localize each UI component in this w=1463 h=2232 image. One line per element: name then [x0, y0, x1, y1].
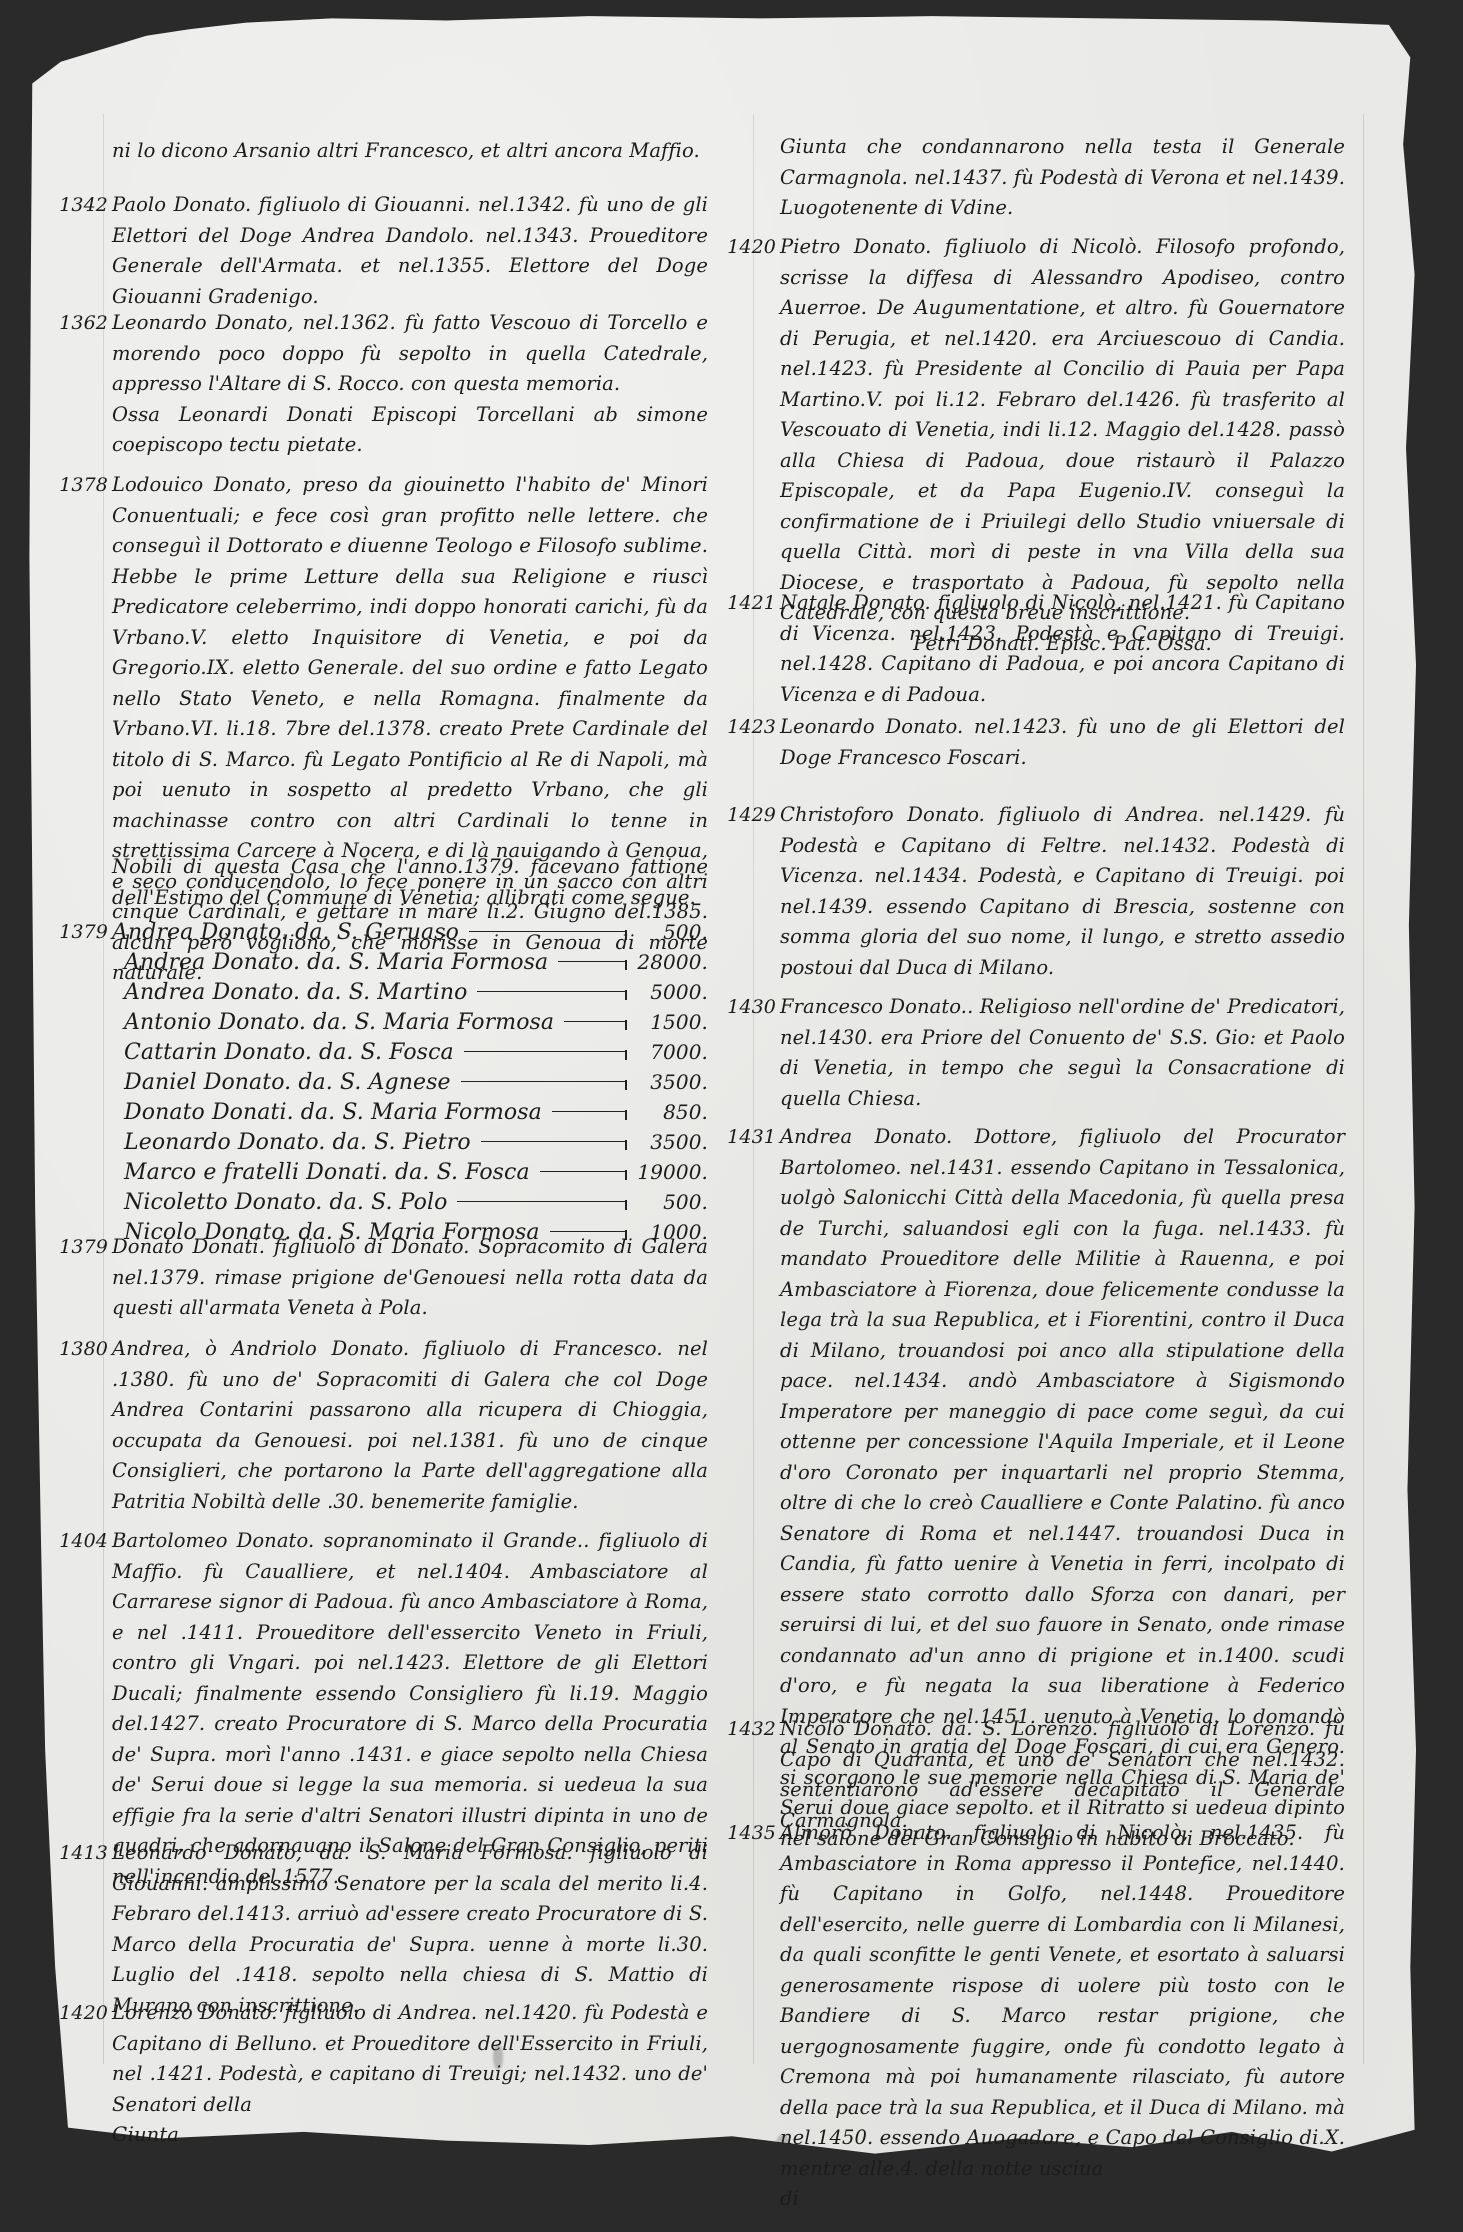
entry-text: Leonardo Donato, da. S. Maria Formosa. f… — [112, 1838, 708, 2021]
entry-year: 1379 — [48, 1232, 108, 1263]
continuation-text: ni lo dicono Arsanio altri Francesco, et… — [112, 136, 708, 167]
entry-text: Paolo Donato. figliuolo di Giouanni. nel… — [112, 190, 708, 312]
nobili-row: Antonio Donato. da. S. Maria Formosa1500… — [112, 1007, 708, 1037]
estimo-value: 1500. — [630, 1007, 708, 1038]
entry-1362: 1362 Leonardo Donato, nel.1362. fù fatto… — [112, 308, 708, 461]
leader-line — [481, 1141, 626, 1142]
nobili-row: Donato Donati. da. S. Maria Formosa850. — [112, 1097, 708, 1127]
inscription-text: Ossa Leonardi Donati Episcopi Torcellani… — [112, 400, 708, 461]
entry-1429: 1429 Christoforo Donato. figliuolo di An… — [780, 800, 1345, 983]
entry-year: 1404 — [48, 1526, 108, 1557]
leader-line — [564, 1021, 626, 1022]
estimo-value: 3500. — [630, 1067, 708, 1098]
nobili-heading: Nobili di questa Casa che l'anno.1379. f… — [112, 852, 708, 913]
entry-text: Lorenzo Donato. figliuolo di Andrea. nel… — [112, 1998, 708, 2120]
entry-1413: 1413 Leonardo Donato, da. S. Maria Formo… — [112, 1838, 708, 2021]
entry-year: 1420 — [48, 1998, 108, 2029]
entry-text: Natale Donato. figliuolo di Nicolò, nel.… — [780, 588, 1345, 710]
entry-year: 1431 — [716, 1122, 776, 1153]
entry-year: 1430 — [716, 992, 776, 1023]
entry-text: Donato Donati. figliuolo di Donato. Sopr… — [112, 1232, 708, 1324]
entry-1420-lorenzo: 1420 Lorenzo Donato. figliuolo di Andrea… — [112, 1998, 708, 2151]
estimo-value: 28000. — [630, 947, 708, 978]
intro-continuation: ni lo dicono Arsanio altri Francesco, et… — [112, 136, 708, 167]
estimo-value: 7000. — [630, 1037, 708, 1068]
nobili-row: Andrea Donato. da. S. Martino5000. — [112, 977, 708, 1007]
margin-rule-left — [103, 114, 104, 2064]
entry-1379: 1379 Donato Donati. figliuolo di Donato.… — [112, 1232, 708, 1324]
continuation-text: Giunta che condannarono nella testa il G… — [780, 132, 1345, 224]
entry-year: 1423 — [716, 712, 776, 743]
entry-text: Almorò Donato. figliuolo di Nicolò, nel.… — [780, 1818, 1345, 2184]
noble-name: Daniel Donato. da. S. Agnese — [124, 1068, 451, 1099]
entry-1435: 1435 Almorò Donato. figliuolo di Nicolò,… — [780, 1818, 1345, 2215]
nobili-row: Daniel Donato. da. S. Agnese3500. — [112, 1067, 708, 1097]
nobili-row: Nicoletto Donato. da. S. Polo500. — [112, 1187, 708, 1217]
noble-name: Leonardo Donato. da. S. Pietro — [124, 1128, 471, 1159]
estimo-value: 850. — [630, 1097, 708, 1128]
ink-dot — [1406, 126, 1413, 138]
noble-name: Marco e fratelli Donati. da. S. Fosca — [124, 1158, 530, 1189]
leader-line — [457, 1201, 626, 1202]
nobili-row: Andrea Donato. da. S. Maria Formosa28000… — [112, 947, 708, 977]
continuation-giunta: Giunta che condannarono nella testa il G… — [780, 132, 1345, 224]
entry-year: 1380 — [48, 1334, 108, 1365]
leader-line — [461, 1081, 626, 1082]
noble-name: Cattarin Donato. da. S. Fosca — [124, 1038, 454, 1069]
estimo-value: 500. — [630, 917, 708, 948]
entry-year: 1432 — [716, 1714, 776, 1745]
entry-1380: 1380 Andrea, ò Andriolo Donato. figliuol… — [112, 1334, 708, 1517]
entry-year: 1378 — [48, 470, 108, 501]
entry-year: 1413 — [48, 1838, 108, 1869]
estimo-value: 500. — [630, 1187, 708, 1218]
entry-text: Leonardo Donato, nel.1362. fù fatto Vesc… — [112, 308, 708, 400]
leader-line — [469, 931, 626, 932]
nobili-row: Cattarin Donato. da. S. Fosca7000. — [112, 1037, 708, 1067]
catchword: di — [780, 2184, 1345, 2215]
estimo-value: 3500. — [630, 1127, 708, 1158]
entry-year: 1429 — [716, 800, 776, 831]
entry-year: 1362 — [48, 308, 108, 339]
entry-1421: 1421 Natale Donato. figliuolo di Nicolò,… — [780, 588, 1345, 710]
entry-year: 1421 — [716, 588, 776, 619]
leader-line — [540, 1171, 626, 1172]
entry-text: Francesco Donato.. Religioso nell'ordine… — [780, 992, 1345, 1114]
margin-rule-right — [1363, 114, 1364, 2064]
nobili-row: Leonardo Donato. da. S. Pietro3500. — [112, 1127, 708, 1157]
noble-name: Andrea Donato. da. S. Maria Formosa — [124, 948, 548, 979]
estimo-value: 19000. — [630, 1157, 708, 1188]
entry-year: 1420 — [716, 232, 776, 263]
entry-1430: 1430 Francesco Donato.. Religioso nell'o… — [780, 992, 1345, 1114]
nobili-row: Marco e fratelli Donati. da. S. Fosca190… — [112, 1157, 708, 1187]
catchword: Giunta — [112, 2120, 708, 2151]
leader-line — [477, 991, 626, 992]
noble-name: Andrea Donato. da. S. Geruaso — [112, 918, 459, 949]
entry-year: 1342 — [48, 190, 108, 221]
leader-line — [552, 1111, 626, 1112]
entry-text: Pietro Donato. figliuolo di Nicolò. Filo… — [780, 232, 1345, 629]
entry-year: 1435 — [716, 1818, 776, 1849]
leader-line — [558, 961, 626, 962]
entry-1423: 1423 Leonardo Donato. nel.1423. fù uno d… — [780, 712, 1345, 773]
nobili-table: 1379 Andrea Donato. da. S. Geruaso500. A… — [112, 917, 708, 1247]
leader-line — [464, 1051, 626, 1052]
entry-text: Leonardo Donato. nel.1423. fù uno de gli… — [780, 712, 1345, 773]
entry-text: Christoforo Donato. figliuolo di Andrea.… — [780, 800, 1345, 983]
noble-name: Donato Donati. da. S. Maria Formosa — [124, 1098, 542, 1129]
entry-text: Andrea, ò Andriolo Donato. figliuolo di … — [112, 1334, 708, 1517]
column-divider-rule — [753, 114, 754, 2064]
nobili-section: Nobili di questa Casa che l'anno.1379. f… — [112, 852, 708, 1247]
noble-name: Antonio Donato. da. S. Maria Formosa — [124, 1008, 554, 1039]
noble-name: Nicoletto Donato. da. S. Polo — [124, 1188, 447, 1219]
entry-1342: 1342 Paolo Donato. figliuolo di Giouanni… — [112, 190, 708, 312]
nobili-row: Andrea Donato. da. S. Geruaso500. — [112, 917, 708, 947]
estimo-value: 5000. — [630, 977, 708, 1008]
noble-name: Andrea Donato. da. S. Martino — [124, 978, 467, 1009]
nobili-year: 1379 — [48, 917, 108, 948]
